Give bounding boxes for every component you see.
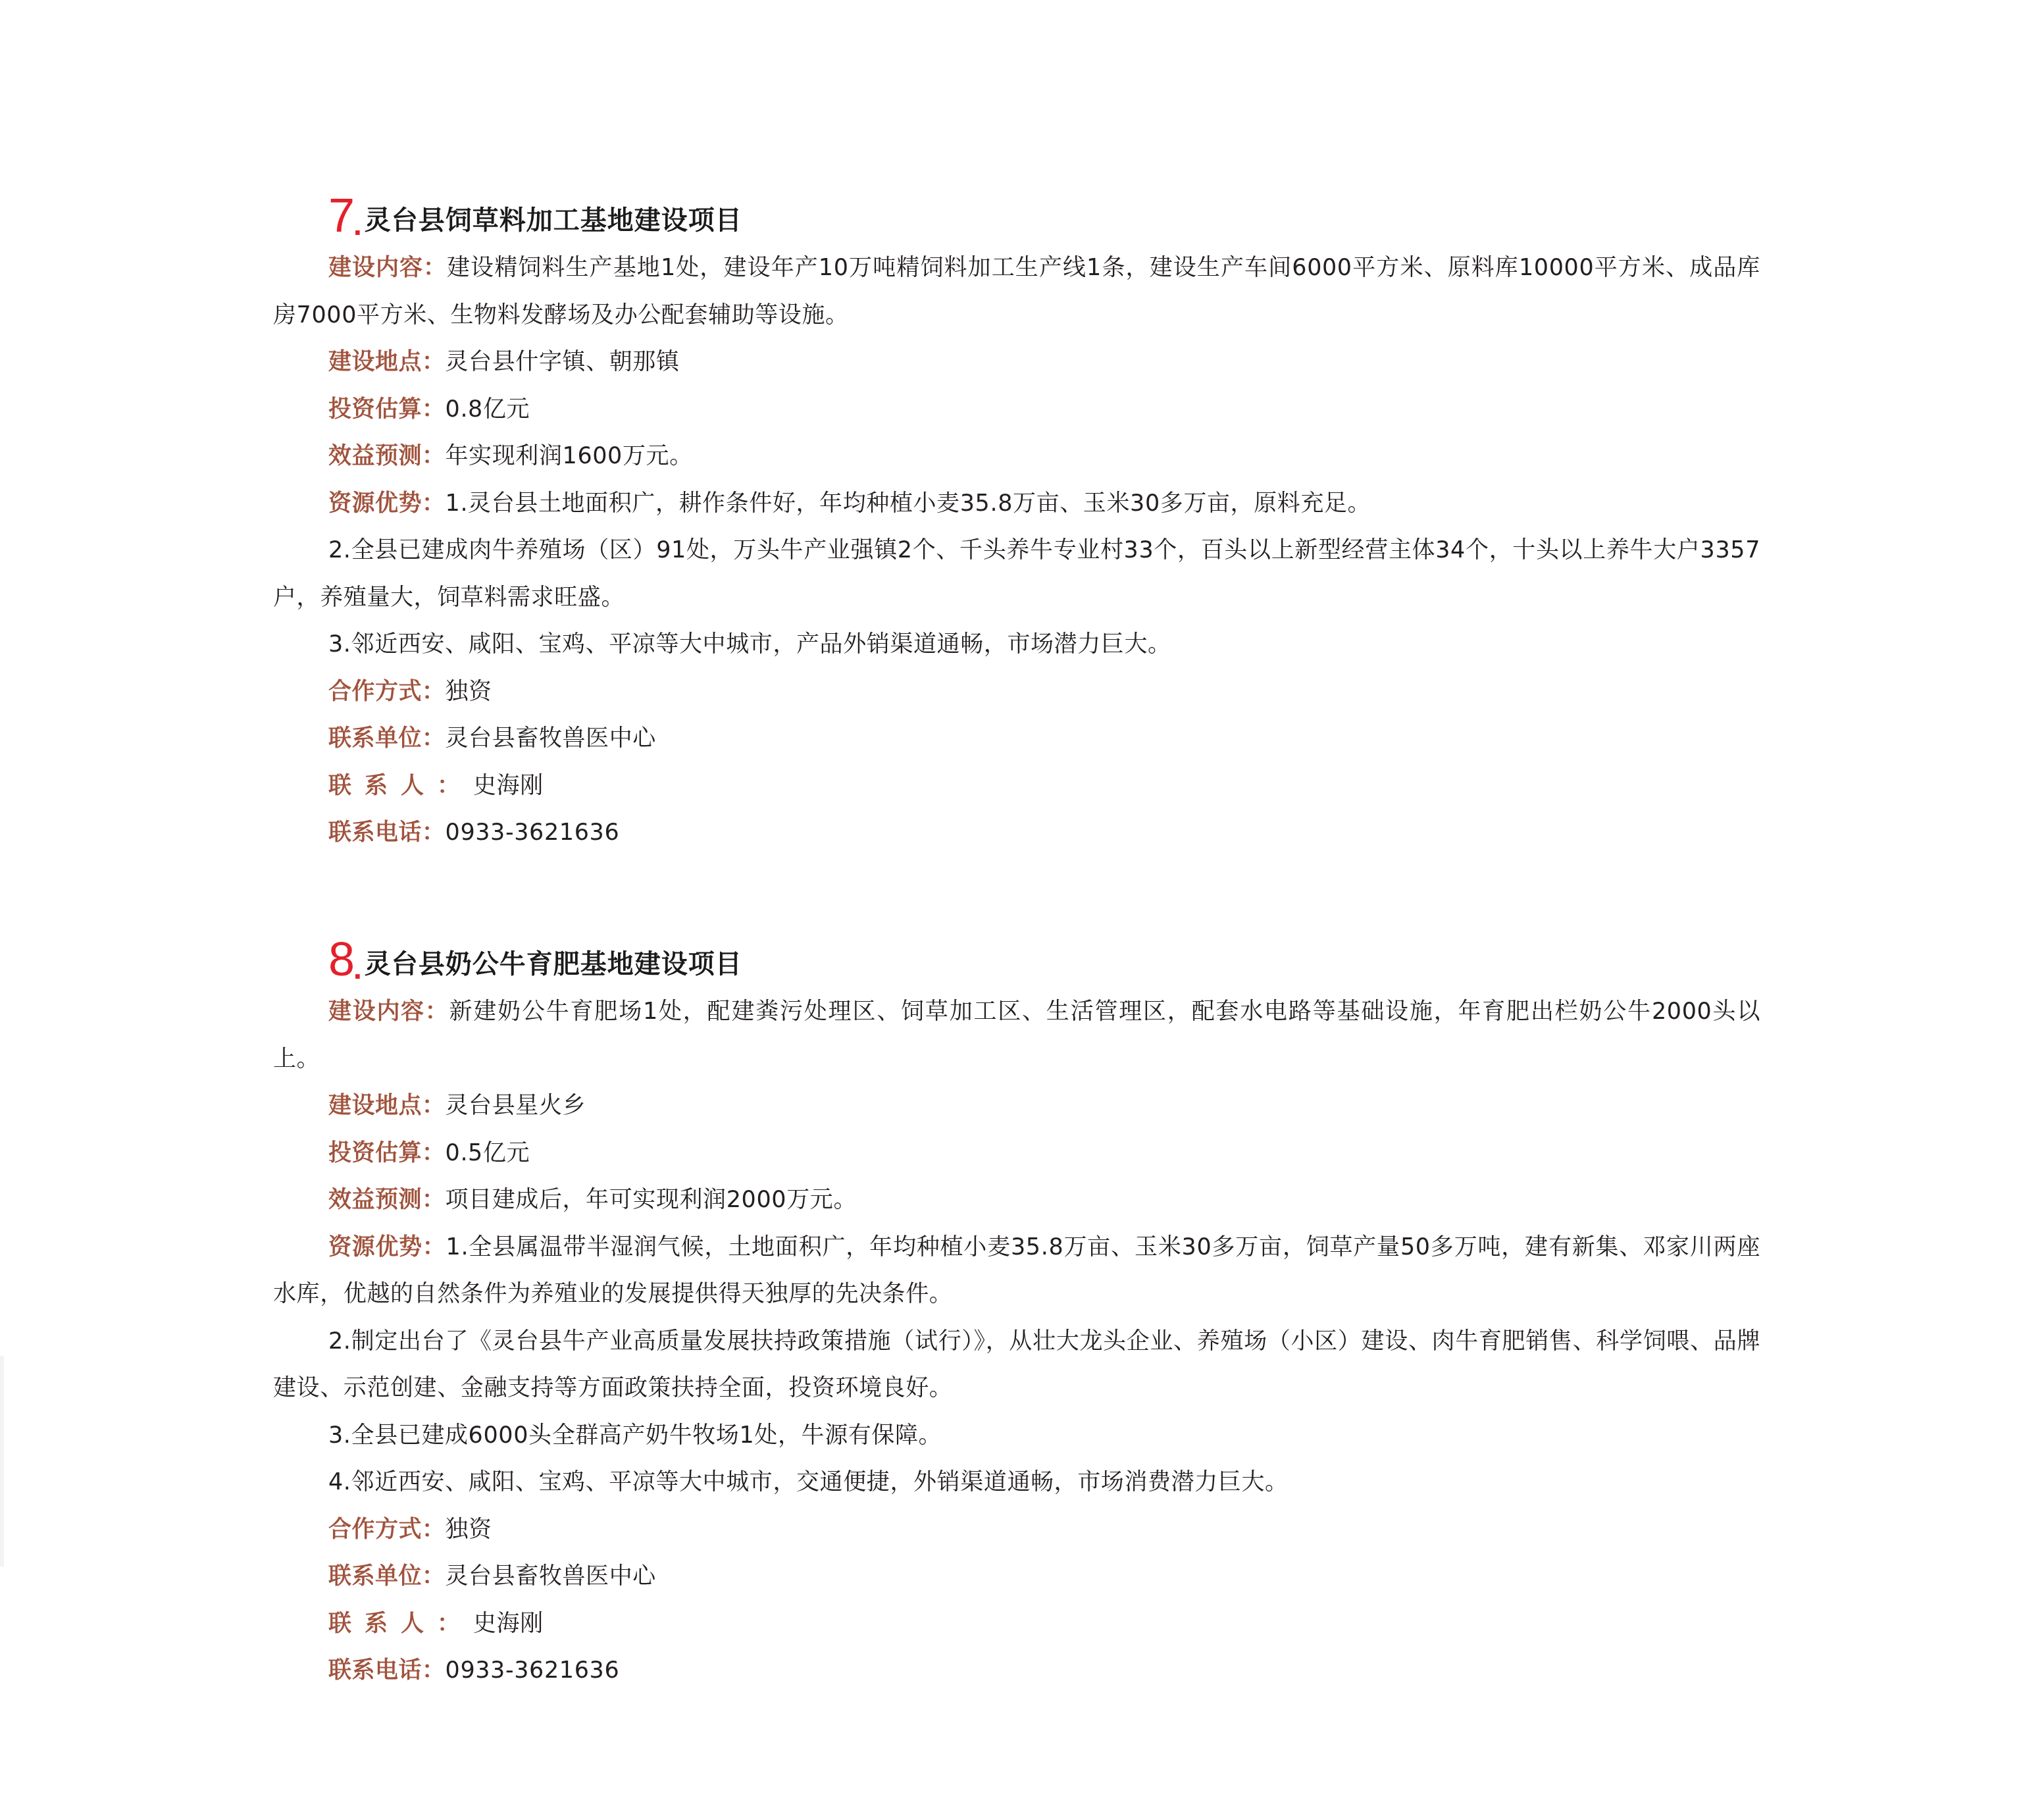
field-value: 建设精饲料生产基地1处，建设年产10万吨精饲料加工生产线1条，建设生产车间600… — [273, 255, 1760, 328]
field-value: 1.灵台县土地面积广，耕作条件好，年均种植小麦35.8万亩、玉米30多万亩，原料… — [446, 490, 1371, 517]
field-contact-phone: 联系电话：0933-3621636 — [273, 810, 1760, 857]
field-investment: 投资估算：0.8亿元 — [273, 386, 1760, 434]
field-label: 建设地点： — [328, 349, 446, 375]
field-label: 效益预测： — [328, 443, 446, 469]
project-7: 7 . 灵台县饲草料加工基地建设项目 建设内容：建设精饲料生产基地1处，建设年产… — [273, 179, 1760, 857]
project-title-text: 灵台县饲草料加工基地建设项目 — [365, 204, 742, 240]
field-value: 0.8亿元 — [446, 396, 530, 423]
field-value: 灵台县畜牧兽医中心 — [446, 1563, 656, 1590]
field-value: 0933-3621636 — [446, 1657, 620, 1684]
field-label: 联系单位： — [328, 1563, 446, 1590]
field-advantage: 资源优势：1.灵台县土地面积广，耕作条件好，年均种植小麦35.8万亩、玉米30多… — [273, 480, 1760, 528]
field-value: 新建奶公牛育肥场1处，配建粪污处理区、饲草加工区、生活管理区，配套水电路等基础设… — [273, 998, 1760, 1072]
field-label: 资源优势： — [328, 1234, 446, 1260]
field-label: 投资估算： — [328, 1140, 446, 1166]
field-label: 联系人： — [328, 773, 473, 799]
field-value: 独资 — [446, 679, 492, 705]
project-number-dot: . — [353, 953, 362, 983]
project-number: 7 — [328, 192, 353, 240]
field-investment: 投资估算：0.5亿元 — [273, 1130, 1760, 1177]
field-contact-unit: 联系单位：灵台县畜牧兽医中心 — [273, 715, 1760, 763]
field-contact-person: 联系人：史海刚 — [273, 1601, 1760, 1648]
field-value: 独资 — [446, 1516, 492, 1543]
field-value: 灵台县畜牧兽医中心 — [446, 725, 656, 752]
field-label: 合作方式： — [328, 679, 446, 705]
field-label: 投资估算： — [328, 396, 446, 423]
field-label: 联系人： — [328, 1611, 473, 1637]
field-label: 资源优势： — [328, 490, 446, 517]
field-label: 效益预测： — [328, 1187, 446, 1213]
field-label: 合作方式： — [328, 1516, 446, 1543]
field-advantage: 资源优势：1.全县属温带半湿润气候，土地面积广，年均种植小麦35.8万亩、玉米3… — [273, 1224, 1760, 1318]
field-location: 建设地点：灵台县什字镇、朝那镇 — [273, 339, 1760, 386]
field-value: 项目建成后，年可实现利润2000万元。 — [446, 1187, 857, 1213]
field-cooperation: 合作方式：独资 — [273, 669, 1760, 716]
field-value: 1.全县属温带半湿润气候，土地面积广，年均种植小麦35.8万亩、玉米30多万亩，… — [273, 1234, 1760, 1308]
field-value: 0933-3621636 — [446, 819, 620, 846]
field-contact-person: 联系人：史海刚 — [273, 763, 1760, 810]
field-label: 联系单位： — [328, 725, 446, 752]
advantage-item: 3.邻近西安、咸阳、宝鸡、平凉等大中城市，产品外销渠道通畅，市场潜力巨大。 — [273, 621, 1760, 669]
project-number-dot: . — [353, 209, 362, 240]
field-value: 史海刚 — [473, 1611, 544, 1637]
advantage-item: 2.制定出台了《灵台县牛产业高质量发展扶持政策措施（试行）》，从壮大龙头企业、养… — [273, 1318, 1760, 1412]
field-value: 灵台县星火乡 — [446, 1093, 586, 1119]
advantage-item: 3.全县已建成6000头全群高产奶牛牧场1处，牛源有保障。 — [273, 1412, 1760, 1460]
project-title-text: 灵台县奶公牛育肥基地建设项目 — [365, 948, 742, 983]
field-value: 0.5亿元 — [446, 1140, 530, 1166]
field-label: 联系电话： — [328, 819, 446, 846]
project-title: 8 . 灵台县奶公牛育肥基地建设项目 — [328, 923, 1760, 983]
field-value: 史海刚 — [473, 773, 544, 799]
advantage-item: 4.邻近西安、咸阳、宝鸡、平凉等大中城市，交通便捷，外销渠道通畅，市场消费潜力巨… — [273, 1459, 1760, 1507]
field-benefit: 效益预测：项目建成后，年可实现利润2000万元。 — [273, 1177, 1760, 1224]
advantage-item: 2.全县已建成肉牛养殖场（区）91处，万头牛产业强镇2个、千头养牛专业村33个，… — [273, 527, 1760, 621]
field-label: 建设内容： — [328, 998, 449, 1025]
field-label: 联系电话： — [328, 1657, 446, 1684]
field-cooperation: 合作方式：独资 — [273, 1507, 1760, 1554]
field-value: 年实现利润1600万元。 — [446, 443, 693, 469]
field-content: 建设内容：新建奶公牛育肥场1处，配建粪污处理区、饲草加工区、生活管理区，配套水电… — [273, 989, 1760, 1083]
field-location: 建设地点：灵台县星火乡 — [273, 1083, 1760, 1130]
project-title: 7 . 灵台县饲草料加工基地建设项目 — [328, 179, 1760, 240]
page-edge-shadow — [0, 1356, 4, 1566]
project-8: 8 . 灵台县奶公牛育肥基地建设项目 建设内容：新建奶公牛育肥场1处，配建粪污处… — [273, 923, 1760, 1695]
field-benefit: 效益预测：年实现利润1600万元。 — [273, 433, 1760, 480]
field-contact-phone: 联系电话：0933-3621636 — [273, 1647, 1760, 1695]
field-label: 建设内容： — [328, 255, 447, 281]
project-number: 8 — [328, 936, 353, 983]
field-content: 建设内容：建设精饲料生产基地1处，建设年产10万吨精饲料加工生产线1条，建设生产… — [273, 245, 1760, 339]
field-label: 建设地点： — [328, 1093, 446, 1119]
field-contact-unit: 联系单位：灵台县畜牧兽医中心 — [273, 1553, 1760, 1601]
field-value: 灵台县什字镇、朝那镇 — [446, 349, 680, 375]
